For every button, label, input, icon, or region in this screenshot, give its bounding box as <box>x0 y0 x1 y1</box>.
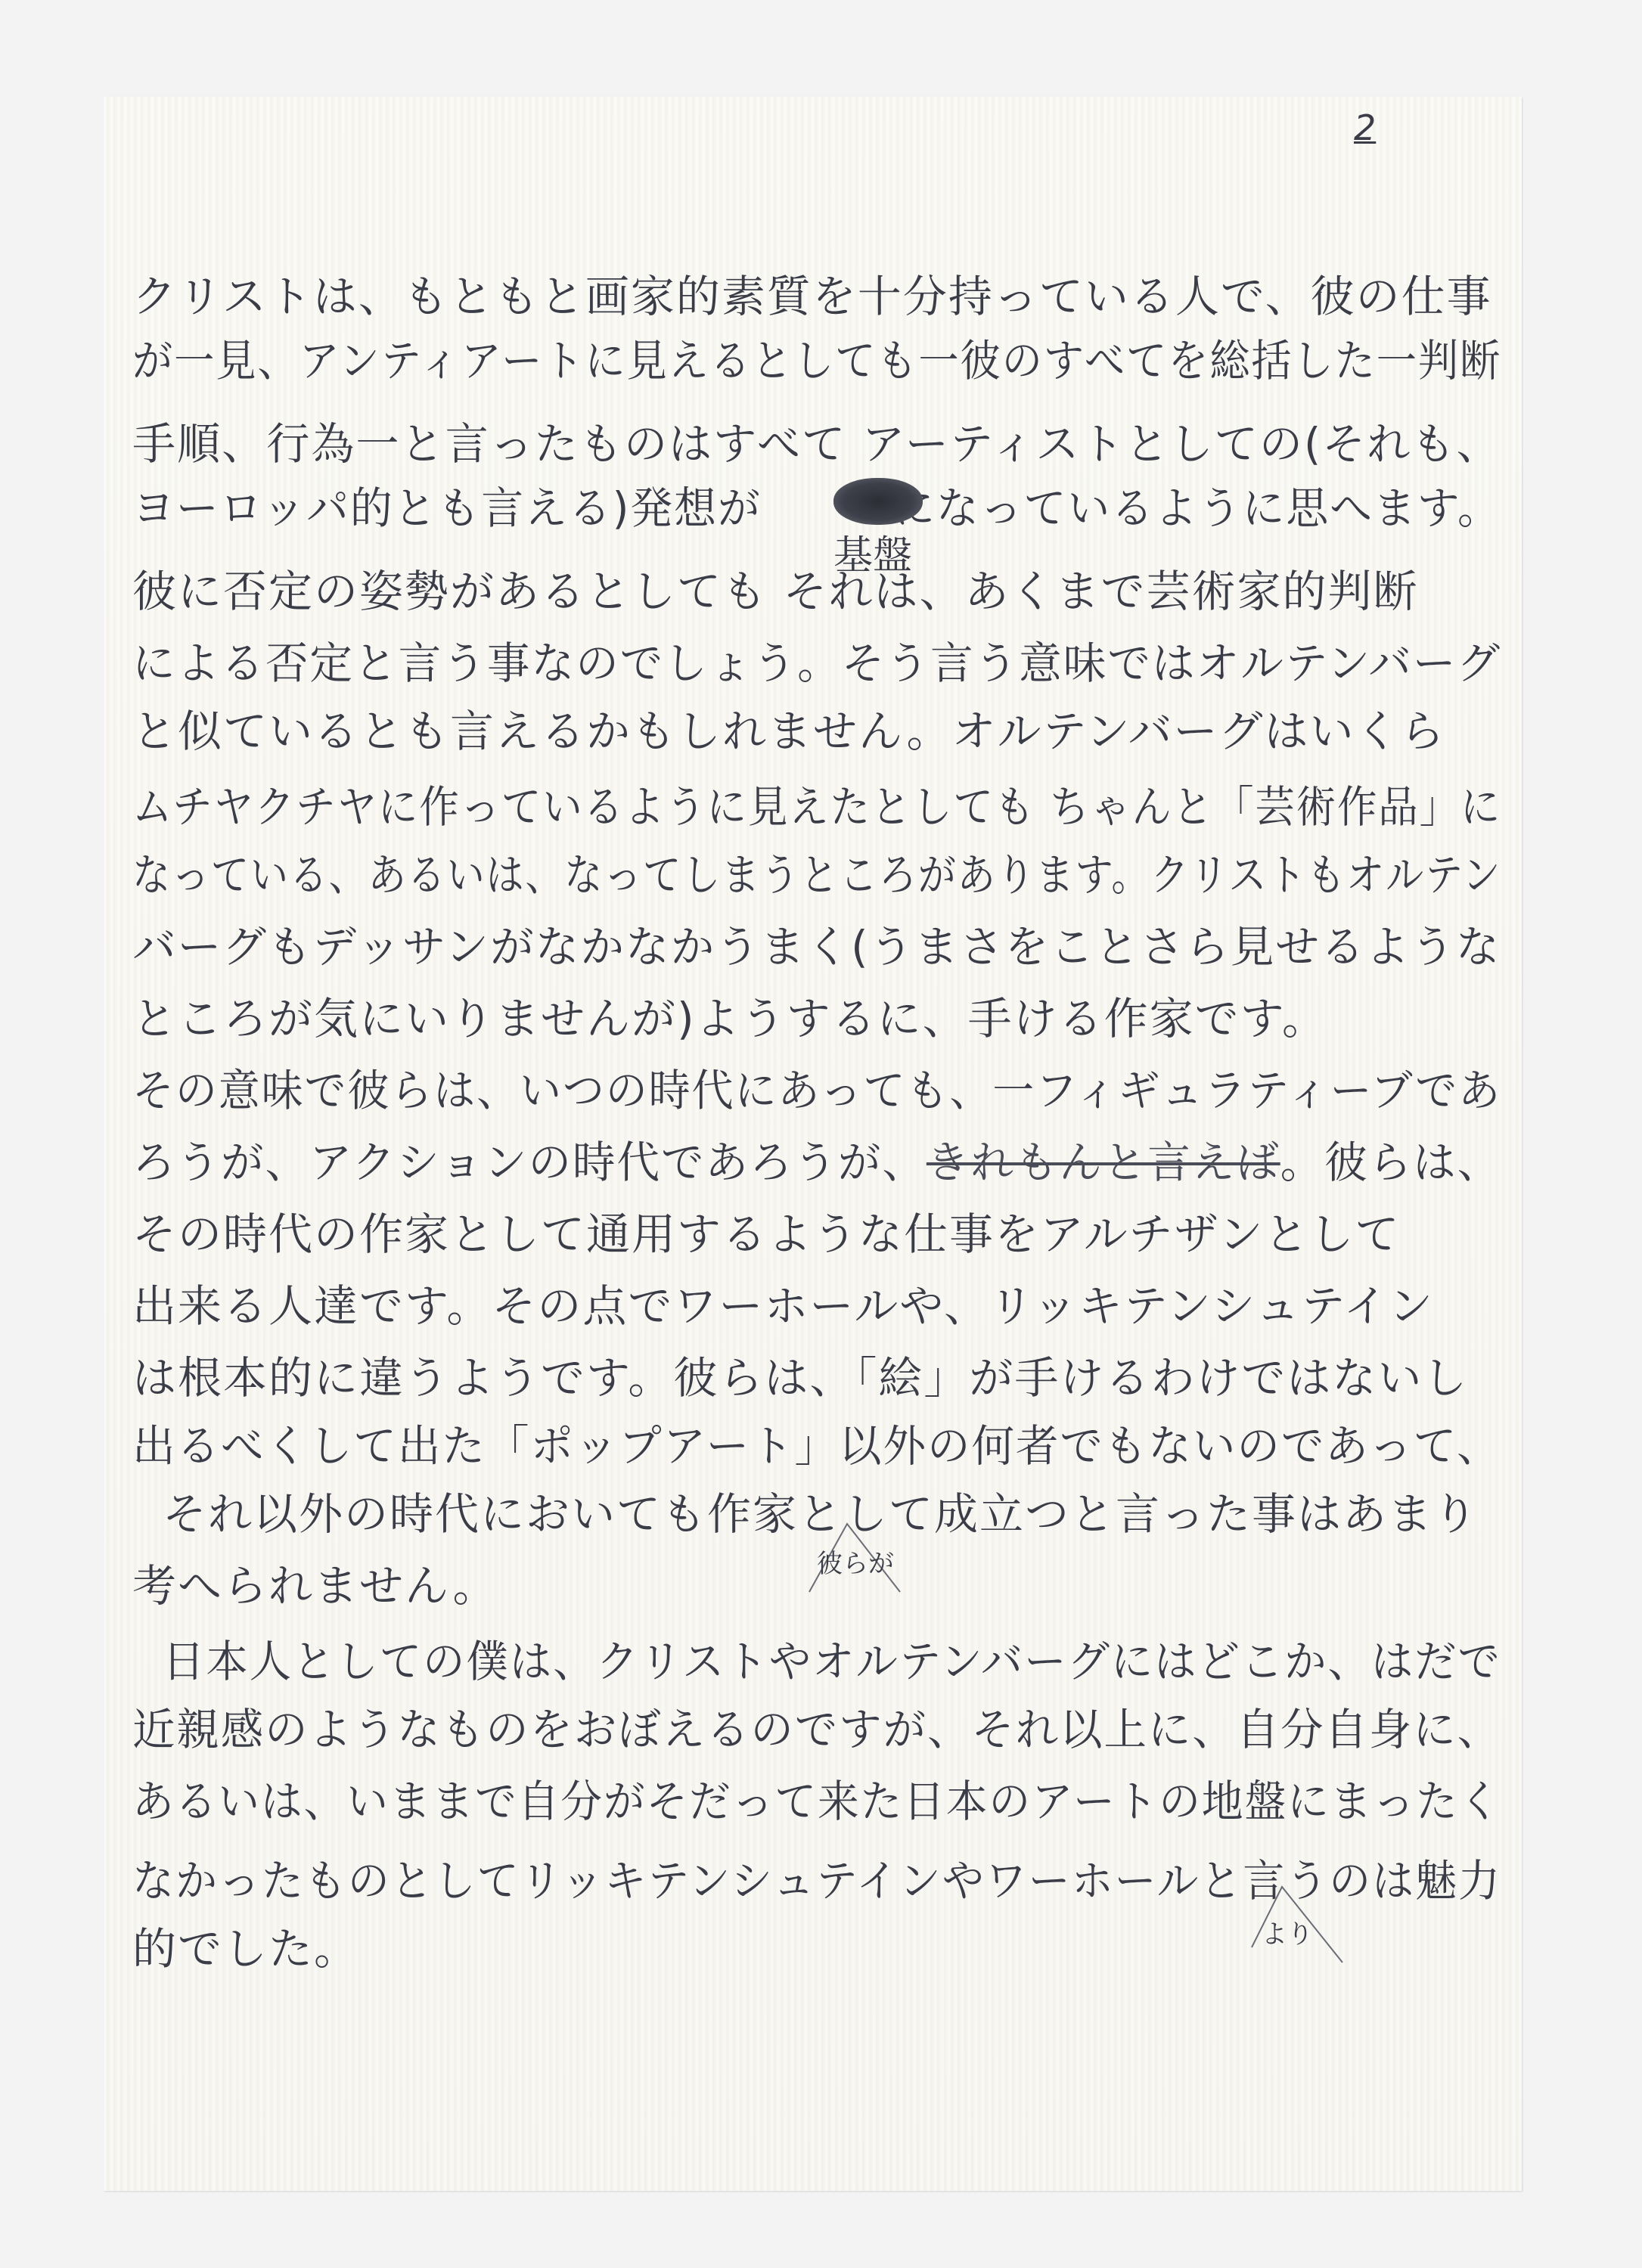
manuscript-line-19: 考へられません。 <box>132 1550 498 1614</box>
manuscript-line-7: と似ているとも言えるかもしれません。オルテンバーグはいくら <box>132 696 1446 759</box>
manuscript-line-15: 出来る人達です。その点でワーホールや、リッキテンシュテイン <box>132 1271 1434 1334</box>
manuscript-line-10: バーグもデッサンがなかなかうまく(うまさをことさら見せるような <box>132 911 1501 975</box>
manuscript-line-5: 彼に否定の姿勢があるとしても それは、あくまで芸術家的判断 <box>132 556 1418 619</box>
inserted-correction-karera-ga: 彼らが <box>817 1543 894 1580</box>
manuscript-line-22: あるいは、いままで自分がそだって来た日本のアートの地盤にまったく <box>132 1766 1501 1829</box>
manuscript-line-20: 日本人としての僕は、クリストやオルテンバーグにはどこか、はだで <box>163 1626 1501 1689</box>
manuscript-line-4: ヨーロッパ的とも言える)発想が になっているように思へます。 <box>132 473 1501 536</box>
manuscript-line-8: ムチヤクチヤに作っているように見えたとしても ちゃんと「芸術作品」に <box>132 771 1501 835</box>
manuscript-line-24: 的でした。 <box>132 1913 359 1977</box>
line-13-continuation: 。彼らは、 <box>1280 1137 1501 1188</box>
manuscript-line-14: その時代の作家として通用するような仕事をアルチザンとして <box>132 1199 1401 1262</box>
manuscript-line-11: ところが気にいりませんが)ようするに、手ける作家です。 <box>132 983 1327 1047</box>
struck-through-text: きれもんと言えば <box>927 1137 1280 1188</box>
inserted-correction-yori: より <box>1262 1913 1313 1950</box>
manuscript-line-6: による否定と言う事なのでしょう。そう言う意味ではオルテンバーグ <box>132 628 1501 691</box>
manuscript-line-17: 出るべくして出た「ポップアート」以外の何者でもないのであって、 <box>132 1410 1501 1474</box>
manuscript-line-2: が一見、アンティアートに見えるとしても一彼のすべてを総括した一判断 <box>132 325 1501 389</box>
manuscript-line-21: 近親感のようなものをおぼえるのですが、それ以上に、自分自身に、 <box>132 1694 1501 1758</box>
manuscript-line-13: ろうが、アクションの時代であろうが、きれもんと言えば。彼らは、 <box>132 1127 1501 1190</box>
manuscript-line-16: は根本的に違うようです。彼らは、「絵」が手けるわけではないし <box>132 1342 1468 1406</box>
manuscript-line-3: 手順、行為一と言ったものはすべて アーティストとしての(それも、 <box>132 408 1501 472</box>
line-13-text: ろうが、アクションの時代であろうが、 <box>132 1137 927 1188</box>
manuscript-line-12: その意味で彼らは、いつの時代にあっても、一フィギュラティーブであ <box>132 1055 1501 1118</box>
scribbled-out-word <box>833 478 923 525</box>
page-number: 2 <box>1354 107 1376 148</box>
manuscript-line-9: なっている、あるいは、なってしまうところがあります。クリストもオルテン <box>132 839 1501 903</box>
manuscript-line-1: クリストは、もともと画家的素質を十分持っている人で、彼の仕事 <box>132 261 1492 324</box>
